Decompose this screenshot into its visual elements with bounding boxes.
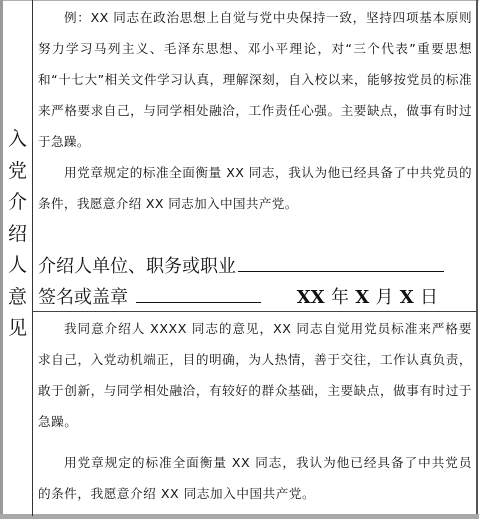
unit-label: 介绍人单位、职务或职业 [38,256,236,277]
section-label-char: 党 [3,156,32,188]
section-label-char: 介 [3,187,32,219]
date-day: X [400,287,414,308]
example-paragraph-2: 用党章规定的标准全面衡量 XX 同志，我认为他已经具备了中共党员的条件，我愿意介… [38,157,472,219]
table-border-top [0,0,479,1]
second-opinion-text: 我同意介绍人 XXXX 同志的意见，XX 同志自觉用党员标准来严格要求自己，入党… [38,313,472,509]
date-month: X [355,287,369,308]
second-paragraph-2: 用党章规定的标准全面衡量 XX 同志，我认为他已经具备了中共党员的条件，我愿意介… [38,447,472,509]
section-label-char: 绍 [3,219,32,251]
date-year: XX [297,287,325,308]
date-day-unit: 日 [420,287,438,308]
date-month-unit: 月 [375,287,393,308]
introducer-opinion-table: 入 党 介 绍 人 意 见 例：XX 同志在政治思想上自觉与党中央保持一致，坚持… [0,0,479,519]
signature-input-line[interactable] [136,286,261,303]
section-label-vertical: 入 党 介 绍 人 意 见 [3,124,32,345]
section-label-char: 意 [3,282,32,314]
signature-date: XX 年 X 月 X 日 [297,283,438,309]
column-divider [32,0,33,516]
second-paragraph-1: 我同意介绍人 XXXX 同志的意见，XX 同志自觉用党员标准来严格要求自己，入党… [38,313,472,437]
signature-row: 签名或盖章 XX 年 X 月 X 日 [38,283,468,309]
section-label-char: 见 [3,313,32,345]
row-divider [32,311,477,312]
introducer-opinion-text: 例：XX 同志在政治思想上自觉与党中央保持一致，坚持四项基本原则努力学习马列主义… [38,2,472,219]
example-paragraph-1: 例：XX 同志在政治思想上自觉与党中央保持一致，坚持四项基本原则努力学习马列主义… [38,2,472,157]
table-border-bottom [0,514,479,519]
table-border-right [476,0,478,516]
section-label-char: 人 [3,250,32,282]
introducer-unit-row: 介绍人单位、职务或职业 [38,252,468,278]
signature-label: 签名或盖章 [38,287,128,308]
date-year-unit: 年 [331,287,349,308]
unit-input-line[interactable] [238,255,444,272]
section-label-char: 入 [3,124,32,156]
